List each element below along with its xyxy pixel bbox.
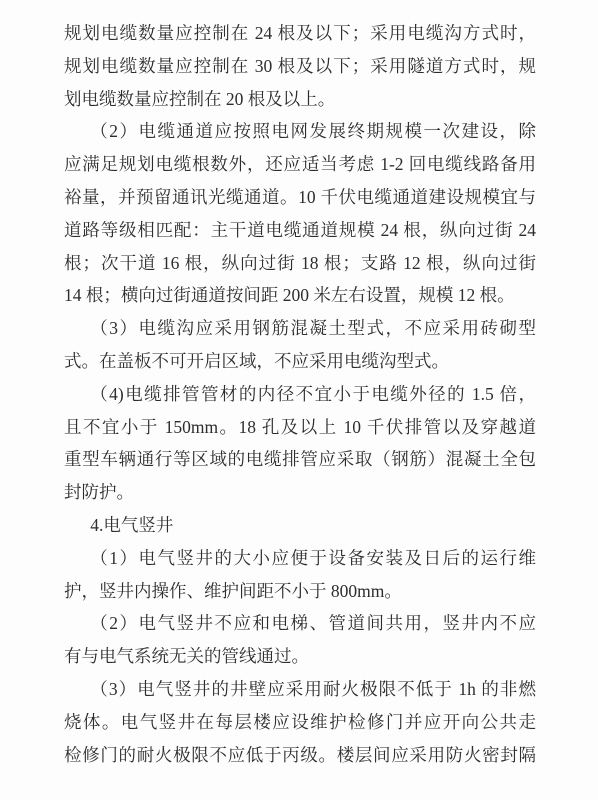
text-line: 根；次干道 16 根，纵向过街 18 根；支路 12 根，纵向过街 (64, 247, 536, 280)
text-line: 划电缆数量应控制在 20 根及以上。 (64, 83, 536, 116)
text-line: 护，竖井内操作、维护间距不小于 800mm。 (64, 575, 536, 608)
text-line: 重型车辆通行等区域的电缆排管应采取（钢筋）混凝土全包 (64, 443, 536, 476)
text-line: 14 根；横向过街通道按间距 200 米左右设置，规模 12 根。 (64, 279, 536, 312)
text-line: 道路等级相匹配：主干道电缆通道规模 24 根，纵向过街 24 (64, 214, 536, 247)
text-line: 应满足规划电缆根数外，还应适当考虑 1-2 回电缆线路备用 (64, 148, 536, 181)
text-line: （1）电气竖井的大小应便于设备安装及日后的运行维 (64, 542, 536, 575)
text-line: （2）电缆通道应按照电网发展终期规模一次建设，除 (64, 115, 536, 148)
document-body: 规划电缆数量应控制在 24 根及以下；采用电缆沟方式时，规划电缆数量应控制在 3… (64, 17, 536, 771)
text-line: 裕量，并预留通讯光缆通道。10 千伏电缆通道建设规模宜与 (64, 181, 536, 214)
text-line: 式。在盖板不可开启区域，不应采用电缆沟型式。 (64, 345, 536, 378)
text-line: 烧体。电气竖井在每层楼应设维护检修门并应开向公共走廊， (64, 706, 536, 739)
text-line: 封防护。 (64, 476, 536, 509)
text-line: （3）电缆沟应采用钢筋混凝土型式，不应采用砖砌型 (64, 312, 536, 345)
text-line: 4.电气竖井 (64, 509, 536, 542)
text-line: 检修门的耐火极限不应低于丙级。楼层间应采用防火密封隔 (64, 739, 536, 772)
document-page: 规划电缆数量应控制在 24 根及以下；采用电缆沟方式时，规划电缆数量应控制在 3… (0, 0, 598, 800)
text-line: 且不宜小于 150mm。18 孔及以上 10 千伏排管以及穿越道路、 (64, 411, 536, 444)
text-line: （4)电缆排管管材的内径不宜小于电缆外径的 1.5 倍， (64, 378, 536, 411)
text-line: （2）电气竖井不应和电梯、管道间共用，竖井内不应 (64, 607, 536, 640)
text-line: 有与电气系统无关的管线通过。 (64, 640, 536, 673)
text-line: 规划电缆数量应控制在 24 根及以下；采用电缆沟方式时， (64, 17, 536, 50)
text-line: （3）电气竖井的井壁应采用耐火极限不低于 1h 的非燃 (64, 673, 536, 706)
text-line: 规划电缆数量应控制在 30 根及以下；采用隧道方式时，规 (64, 50, 536, 83)
